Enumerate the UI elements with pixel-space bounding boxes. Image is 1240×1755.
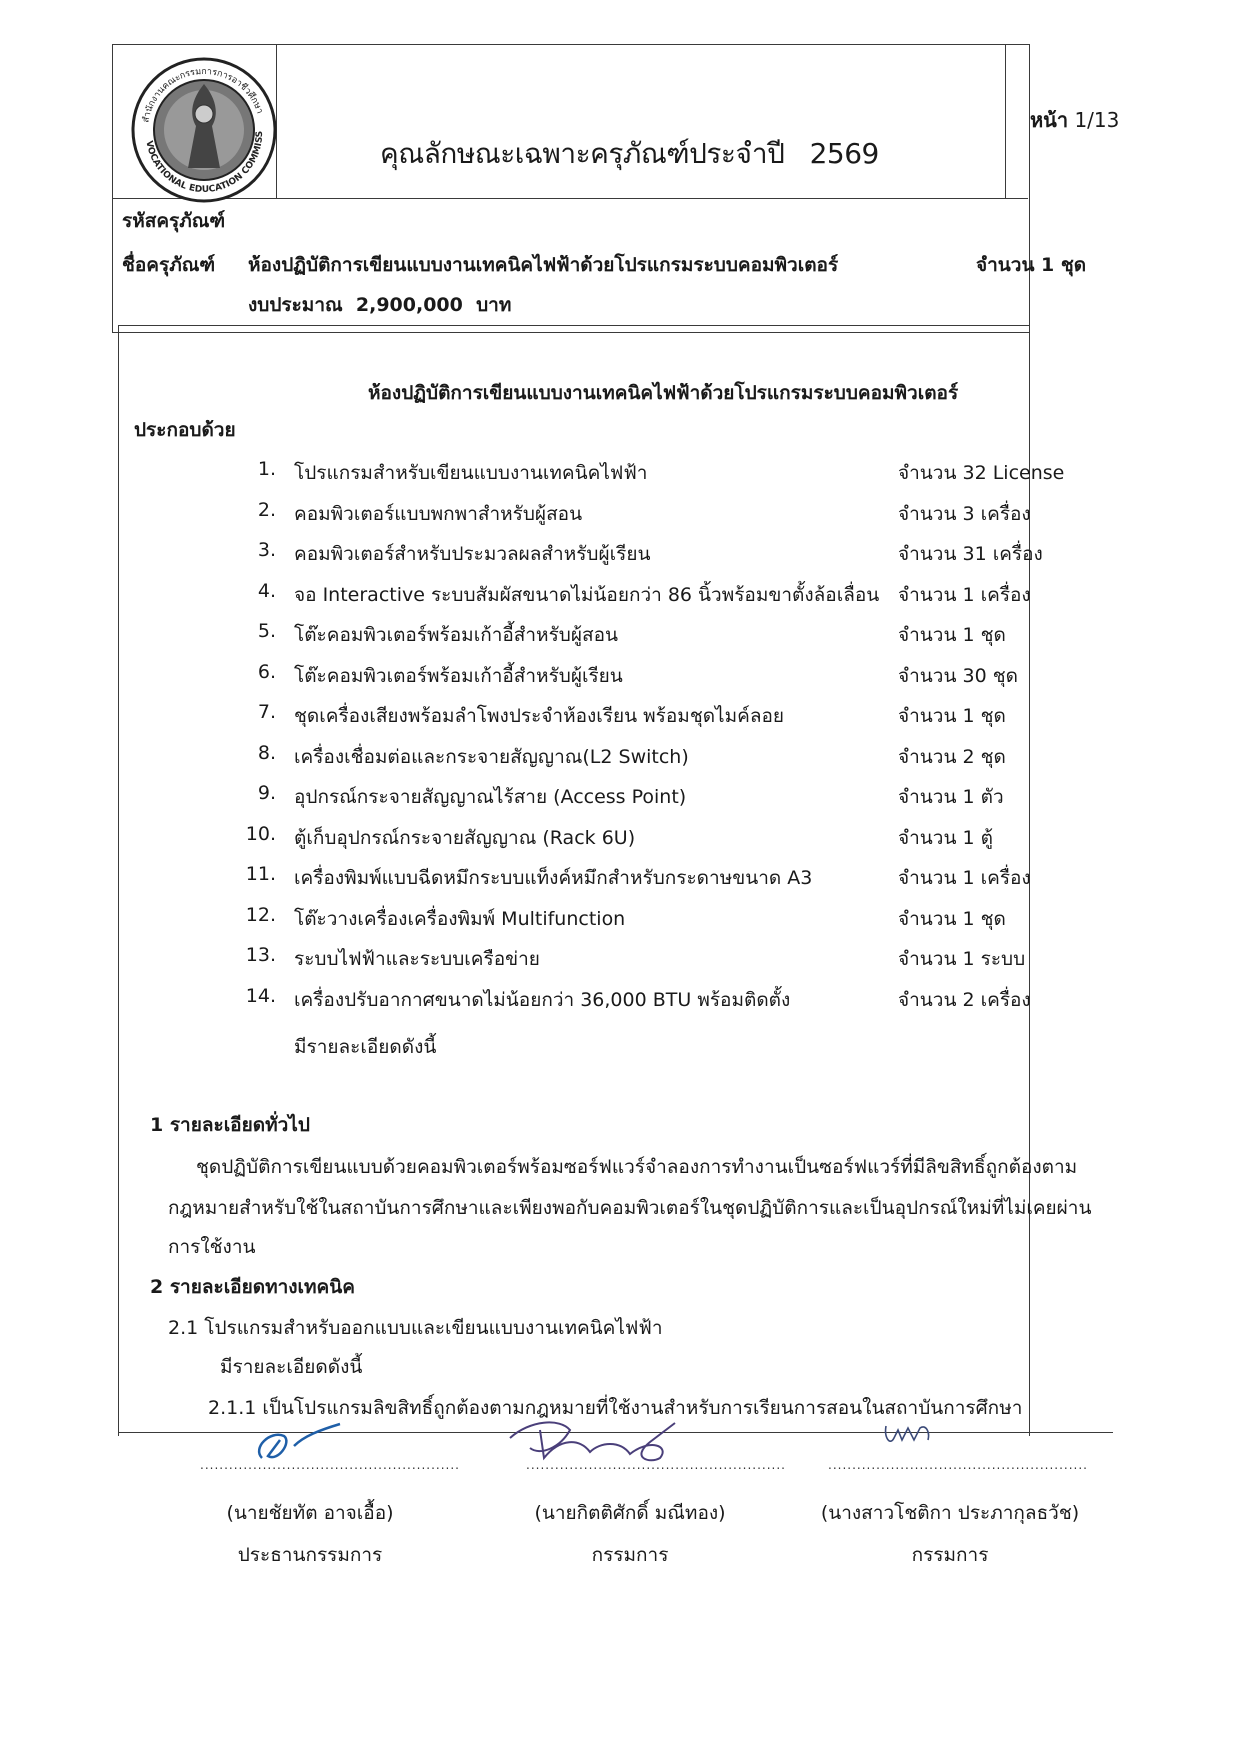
equipment-name-value: ห้องปฏิบัติการเขียนแบบงานเทคนิคไฟฟ้าด้วย…: [248, 250, 838, 280]
list-item-text: ตู้เก็บอุปกรณ์กระจายสัญญาณ (Rack 6U): [294, 823, 635, 853]
list-item-text: คอมพิวเตอร์แบบพกพาสำหรับผู้สอน: [294, 499, 582, 529]
signer-1-name: (นายชัยทัต อาจเอื้อ): [180, 1498, 440, 1528]
seal-logo-icon: สำนักงานคณะกรรมการการอาชีวศึกษา VOCATION…: [130, 56, 278, 204]
signer-3-role: กรรมการ: [820, 1540, 1080, 1570]
section-2-1-sub: มีรายละเอียดดังนี้: [220, 1352, 362, 1382]
body-heading: ห้องปฏิบัติการเขียนแบบงานเทคนิคไฟฟ้าด้วย…: [368, 378, 958, 408]
equipment-name-label: ชื่อครุภัณฑ์: [122, 250, 215, 280]
list-item-number: 6.: [236, 661, 276, 683]
signature-line-1: ........................................…: [200, 1458, 460, 1472]
list-item-text: โต๊ะคอมพิวเตอร์พร้อมเก้าอี้สำหรับผู้เรีย…: [294, 661, 623, 691]
list-item-quantity: จำนวน 3 เครื่อง: [898, 499, 1031, 529]
list-item-number: 12.: [236, 904, 276, 926]
header-divider-right: [1005, 44, 1006, 198]
section-2-1: 2.1 โปรแกรมสำหรับออกแบบและเขียนแบบงานเทค…: [168, 1313, 663, 1343]
section-2-title: 2 รายละเอียดทางเทคนิค: [150, 1272, 355, 1302]
list-item-quantity: จำนวน 1 ตัว: [898, 782, 1004, 812]
list-item-quantity: จำนวน 1 ระบบ: [898, 944, 1025, 974]
list-item-quantity: จำนวน 2 ชุด: [898, 742, 1006, 772]
list-item-quantity: จำนวน 1 ชุด: [898, 904, 1006, 934]
list-item-quantity: จำนวน 1 เครื่อง: [898, 580, 1031, 610]
list-item-text: อุปกรณ์กระจายสัญญาณไร้สาย (Access Point): [294, 782, 686, 812]
list-item-quantity: จำนวน 30 ชุด: [898, 661, 1018, 691]
document-title: คุณลักษณะเฉพาะครุภัณฑ์ประจำปี 2569: [380, 132, 879, 176]
list-item-number: 5.: [236, 620, 276, 642]
list-item-quantity: จำนวน 1 เครื่อง: [898, 863, 1031, 893]
title-year: 2569: [810, 137, 879, 170]
equipment-code-label: รหัสครุภัณฑ์: [122, 206, 225, 236]
consists-of-label: ประกอบด้วย: [134, 415, 236, 445]
list-item-quantity: จำนวน 1 ชุด: [898, 620, 1006, 650]
list-item-number: 14.: [236, 985, 276, 1007]
list-item-text: เครื่องเชื่อมต่อและกระจายสัญญาณ(L2 Switc…: [294, 742, 689, 772]
signer-1-role: ประธานกรรมการ: [180, 1540, 440, 1570]
list-item-number: 3.: [236, 539, 276, 561]
list-item-text: โต๊ะคอมพิวเตอร์พร้อมเก้าอี้สำหรับผู้สอน: [294, 620, 618, 650]
signature-line-3: ........................................…: [828, 1458, 1088, 1472]
list-item-text: ระบบไฟฟ้าและระบบเครือข่าย: [294, 944, 540, 974]
list-item-number: 11.: [236, 863, 276, 885]
list-item-text: ชุดเครื่องเสียงพร้อมลำโพงประจำห้องเรียน …: [294, 701, 784, 731]
list-item-number: 1.: [236, 458, 276, 480]
list-item-text: เครื่องพิมพ์แบบฉีดหมึกระบบแท็งค์หมึกสำหร…: [294, 863, 812, 893]
list-item-quantity: จำนวน 31 เครื่อง: [898, 539, 1043, 569]
page-indicator: หน้า 1/13: [1030, 104, 1119, 136]
items-details-follow: มีรายละเอียดดังนี้: [294, 1032, 436, 1062]
list-item-number: 4.: [236, 580, 276, 602]
budget: งบประมาณ 2,900,000 บาท: [248, 290, 511, 320]
list-item-text: โต๊ะวางเครื่องเครื่องพิมพ์ Multifunction: [294, 904, 625, 934]
list-item-quantity: จำนวน 2 เครื่อง: [898, 985, 1031, 1015]
list-item-quantity: จำนวน 1 ตู้: [898, 823, 993, 853]
signature-3-icon: [880, 1418, 940, 1458]
signature-line-2: ........................................…: [526, 1458, 786, 1472]
list-item-number: 2.: [236, 499, 276, 521]
equipment-quantity: จำนวน 1 ชุด: [976, 250, 1086, 280]
list-item-number: 9.: [236, 782, 276, 804]
list-item-number: 13.: [236, 944, 276, 966]
list-item-number: 8.: [236, 742, 276, 764]
section-1-line-2: กฎหมายสำหรับใช้ในสถาบันการศึกษาและเพียงพ…: [168, 1193, 1091, 1223]
list-item-quantity: จำนวน 32 License: [898, 458, 1064, 488]
signer-3-name: (นางสาวโชติกา ประภากุลธวัช): [820, 1498, 1080, 1528]
list-item-text: จอ Interactive ระบบสัมผัสขนาดไม่น้อยกว่า…: [294, 580, 879, 610]
section-1-line-3: การใช้งาน: [168, 1232, 256, 1262]
section-1-line-1: ชุดปฏิบัติการเขียนแบบด้วยคอมพิวเตอร์พร้อ…: [196, 1152, 1077, 1182]
list-item-text: โปรแกรมสำหรับเขียนแบบงานเทคนิคไฟฟ้า: [294, 458, 647, 488]
budget-value: 2,900,000: [356, 294, 463, 316]
list-item-number: 10.: [236, 823, 276, 845]
list-item-number: 7.: [236, 701, 276, 723]
signer-2-name: (นายกิตติศักดิ์ มณีทอง): [500, 1498, 760, 1528]
list-item-text: คอมพิวเตอร์สำหรับประมวลผลสำหรับผู้เรียน: [294, 539, 650, 569]
list-item-text: เครื่องปรับอากาศขนาดไม่น้อยกว่า 36,000 B…: [294, 985, 790, 1015]
list-item-quantity: จำนวน 1 ชุด: [898, 701, 1006, 731]
page-value: 1/13: [1074, 108, 1119, 132]
section-1-title: 1 รายละเอียดทั่วไป: [150, 1110, 310, 1140]
signer-2-role: กรรมการ: [500, 1540, 760, 1570]
